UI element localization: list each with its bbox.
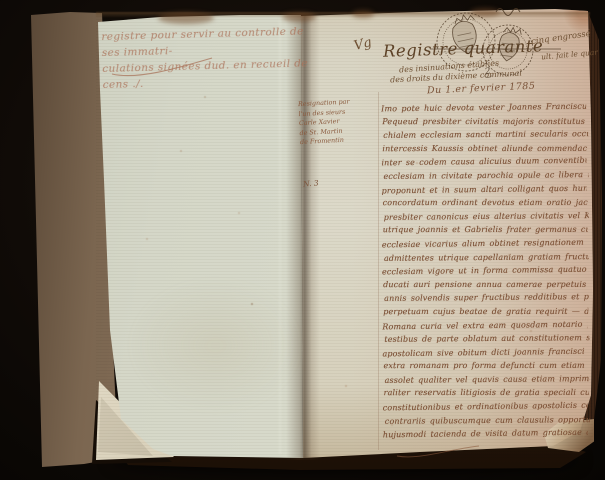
- body-text-line: presbiter canonicus eius alterius civita…: [384, 209, 589, 224]
- body-text-line: concordatum ordinant devotus etiam orati…: [383, 196, 588, 210]
- tax-stamp-icons: [428, 4, 563, 84]
- body-text-line: annis solvendis super fructibus redditib…: [384, 290, 589, 305]
- margin-rule: [378, 92, 379, 450]
- ink-flourish-icon: [108, 54, 218, 80]
- body-text-line: ducati auri pensione annua camerae perpe…: [383, 278, 588, 292]
- manuscript-scan: registre pour servir au controlle de ses…: [0, 0, 605, 480]
- body-text-line: perpetuam cujus beatae de gratia requiri…: [383, 305, 588, 319]
- closing-flourish-icon: [393, 440, 483, 462]
- body-text-line: Pequeud presbiter civitatis majoris cons…: [382, 115, 587, 129]
- body-text-line: Imo pote huic devota vester Joannes Fran…: [381, 100, 586, 116]
- margin-note: Resignation parl'un des sieursCarle Xavi…: [298, 96, 380, 148]
- stamp-paraph-mark: [496, 9, 520, 16]
- deed-body-text: Imo pote huic devota vester Joannes Fran…: [381, 100, 588, 441]
- ink-stain: [352, 10, 374, 18]
- ink-stain: [158, 12, 214, 24]
- body-text-line: utrique joannis et Gabrielis frater germ…: [383, 223, 588, 237]
- body-text-line: chialem ecclesiam sancti martini secular…: [383, 127, 588, 142]
- water-stain: [128, 278, 303, 413]
- ink-stain: [282, 12, 316, 22]
- item-number: N. 3: [303, 178, 319, 188]
- foxing-spots: [0, 0, 2, 2]
- body-text-line: extra romanam pro forma defuncti cum eti…: [383, 359, 588, 373]
- body-text-line: ecclesiam vigore ut in forma commissa qu…: [382, 263, 587, 279]
